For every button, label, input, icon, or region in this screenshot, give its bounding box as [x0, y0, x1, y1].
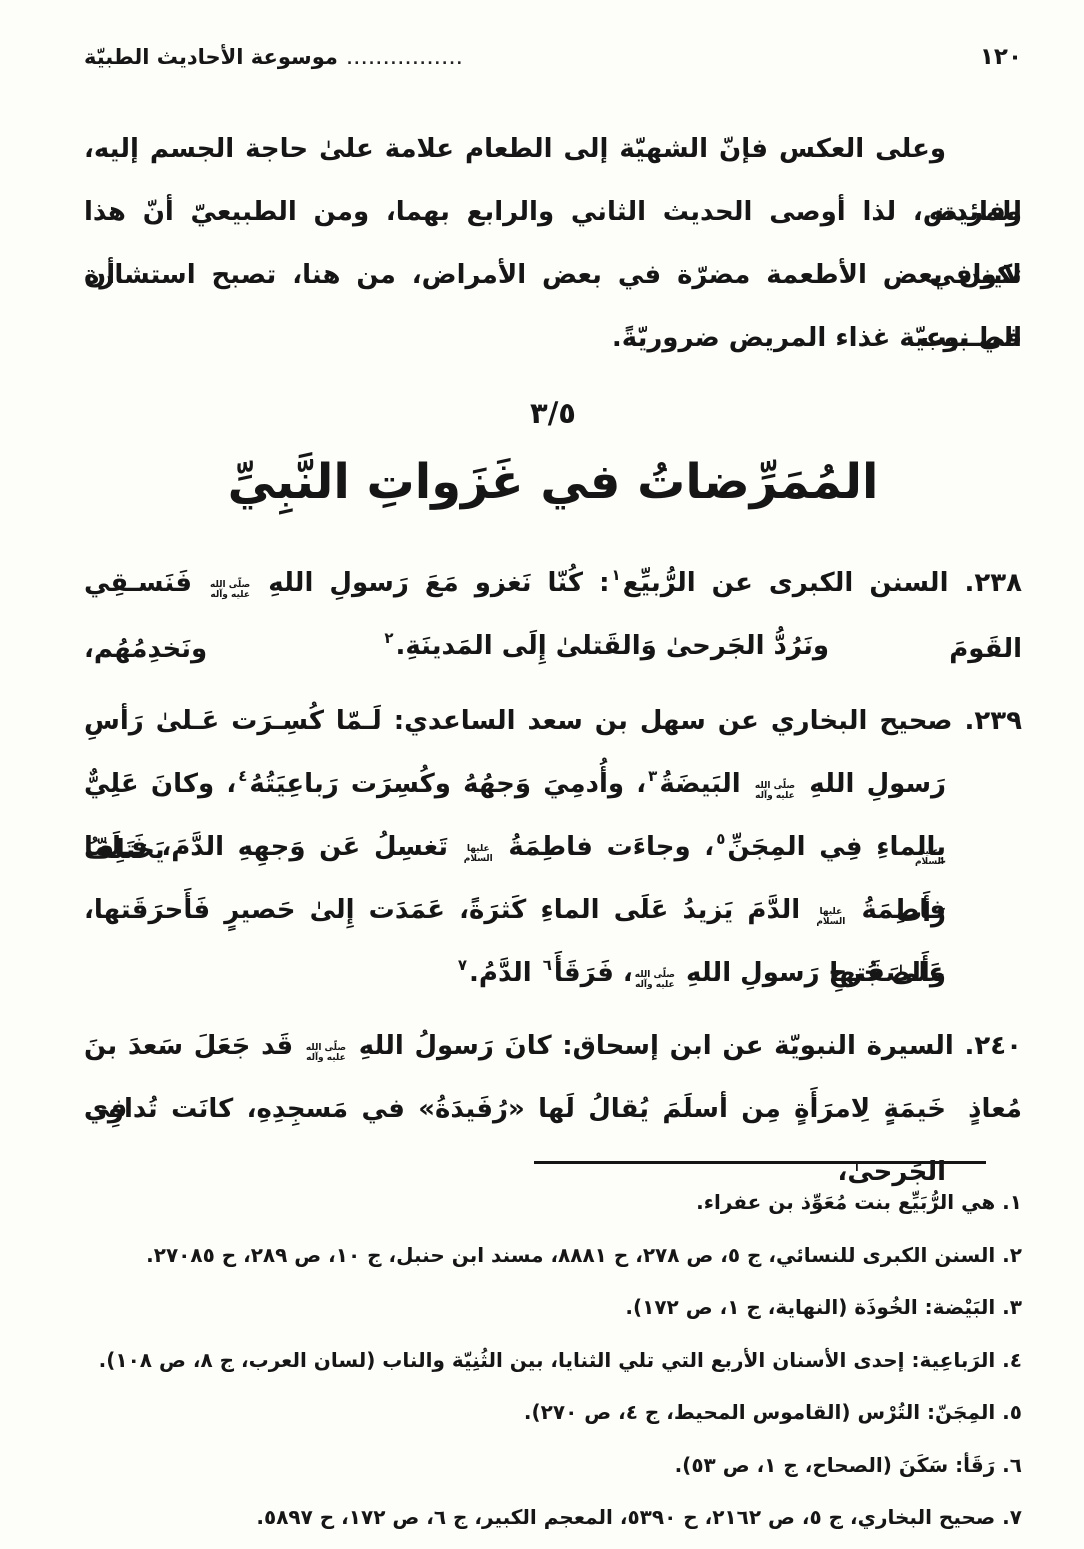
honorific-symbol: صلّى اللهعليه وآله [306, 1043, 346, 1064]
hadith-entry-239: ٢٣٩. صحيح البخاري عن سهل بن سعد الساعدي:… [84, 690, 1022, 1005]
footnote-item: ٥. المِجَنّ: التُرْس (القاموس المحيط، ج … [84, 1386, 1022, 1439]
page-content: ١٢٠ ................ موسوعة الأحاديث الط… [0, 0, 1084, 1544]
hadith-line: ٢٣٨. السنن الكبرى عن الرُّبيِّع١: كُنّا … [84, 552, 1022, 615]
hadith-line: ٢٣٩. صحيح البخاري عن سهل بن سعد الساعدي:… [84, 690, 1022, 753]
footnote-ref: ٧ [458, 956, 467, 974]
honorific-symbol: عليهاالسلام [816, 907, 845, 928]
footnote-ref: ٢ [384, 629, 393, 647]
footnote-item: ٧. صحيح البخاري، ج ٥، ص ٢١٦٢، ح ٥٣٩٠، ال… [84, 1491, 1022, 1544]
intro-line: للمريض، لذا أوصى الحديث الثاني والرابع ب… [84, 181, 1022, 244]
hadith-line: فاطِمَةُ عليهاالسلام الدَّمَ يَزيدُ عَلَ… [84, 879, 1022, 942]
footnote-ref: ٦ [543, 956, 552, 974]
footnote-item: ٦. رَقَأ: سَكَنَ (الصحاح، ج ١، ص ٥٣). [84, 1439, 1022, 1492]
footnote-ref: ٤ [238, 767, 247, 785]
footnote-item: ٤. الرَباعِية: إحدى الأسنان الأربع التي … [84, 1334, 1022, 1387]
footnote-ref: ٣ [648, 767, 657, 785]
honorific-symbol: عليهالسلام [915, 847, 944, 868]
section-number: ٣/٥ [84, 392, 1022, 434]
intro-line: في نوعيّة غذاء المريض ضروريّةً. [84, 307, 1022, 370]
footnotes: ١. هي الرُّبَيِّع بنت مُعَوِّذ بن عفراء.… [84, 1176, 1022, 1544]
section-calligraphic-title: المُمَرِّضاتُ في غَزَواتِ النَّبِيِّ [84, 436, 1022, 528]
hadith-line: رَسولِ اللهِ صلّى اللهعليه وآله البَيضَة… [84, 753, 1022, 816]
page: ١٢٠ ................ موسوعة الأحاديث الط… [0, 0, 1084, 1549]
hadith-line: خَيمَةٍ لِامرَأَةٍ مِن أسلَمَ يُقالُ لَه… [84, 1078, 1022, 1141]
hadith-line: عَلىٰ جُرحِ رَسولِ اللهِ صلّى اللهعليه و… [84, 942, 1022, 1005]
intro-paragraph: وعلى العكس فإنّ الشهيّة إلى الطعام علامة… [84, 118, 1022, 370]
footnote-item: ١. هي الرُّبَيِّع بنت مُعَوِّذ بن عفراء. [84, 1176, 1022, 1229]
honorific-symbol: صلّى اللهعليه وآله [755, 781, 795, 802]
honorific-symbol: صلّى اللهعليه وآله [210, 580, 250, 601]
intro-line: تكون بعض الأطعمة مضرّة في بعض الأمراض، م… [84, 244, 1022, 307]
book-title: موسوعة الأحاديث الطبيّة [84, 45, 338, 69]
footnote-item: ٢. السنن الكبرى للنسائي، ج ٥، ص ٢٧٨، ح ٨… [84, 1229, 1022, 1282]
page-number: ١٢٠ [980, 44, 1022, 70]
intro-line: وعلى العكس فإنّ الشهيّة إلى الطعام علامة… [84, 118, 1022, 181]
footnote-ref: ٥ [716, 830, 725, 848]
page-header: ١٢٠ ................ موسوعة الأحاديث الط… [84, 40, 1022, 74]
honorific-symbol: صلّى اللهعليه وآله [635, 970, 675, 991]
hadith-entry-240: ٢٤٠. السيرة النبويّة عن ابن إسحاق: كانَ … [84, 1015, 1022, 1141]
hadith-line: بِالماءِ فِي المِجَنِّ٥، وجاءَت فاطِمَةُ… [84, 816, 1022, 879]
header-dot-leader: ................ [347, 52, 464, 68]
hadith-entry-238: ٢٣٨. السنن الكبرى عن الرُّبيِّع١: كُنّا … [84, 552, 1022, 678]
hadith-line: ٢٤٠. السيرة النبويّة عن ابن إسحاق: كانَ … [84, 1015, 1022, 1078]
honorific-symbol: عليهاالسلام [464, 844, 493, 865]
footnote-item: ٣. البَيْضة: الخُوذَة (النهاية، ج ١، ص ١… [84, 1281, 1022, 1334]
footnote-ref: ١ [612, 566, 621, 584]
running-head: ................ موسوعة الأحاديث الطبيّة [84, 45, 464, 69]
